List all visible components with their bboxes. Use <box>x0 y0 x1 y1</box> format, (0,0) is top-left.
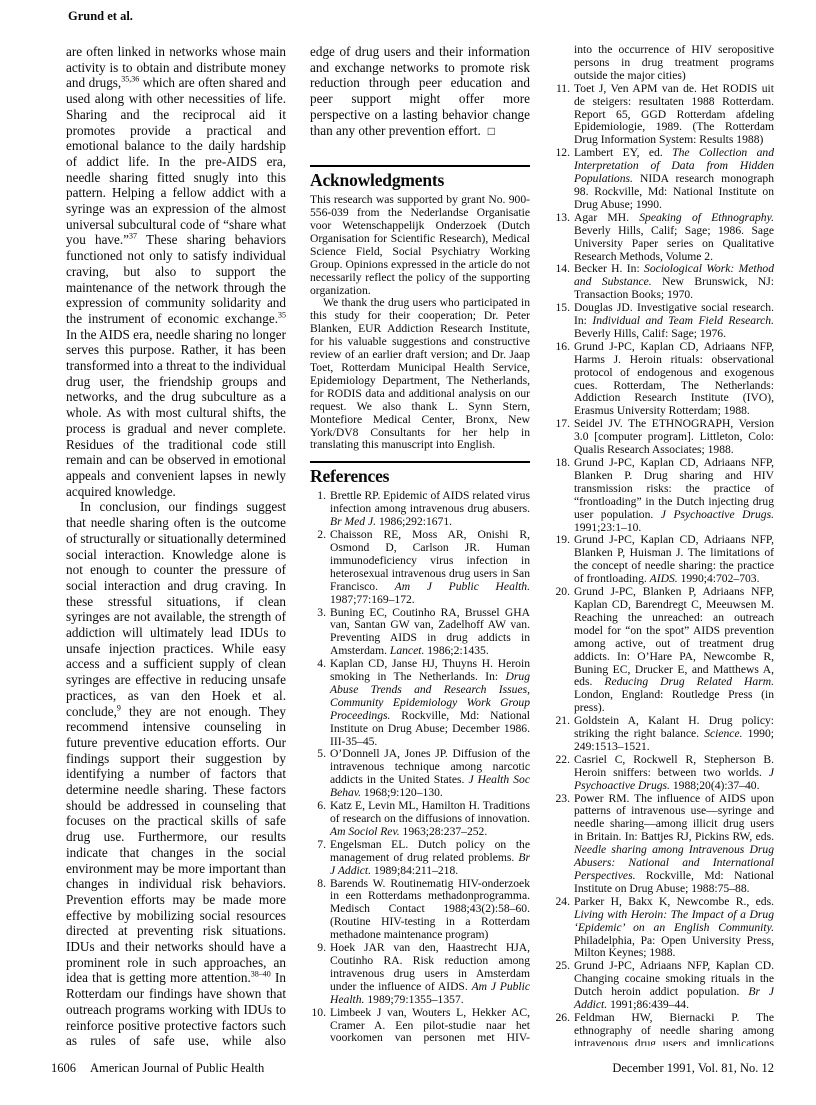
reference-text: Parker H, Bakx K, Newcombe R., eds. Livi… <box>574 896 774 961</box>
body-paragraphs: are often linked in networks whose main … <box>66 44 286 1046</box>
reference-item: 21. Goldstein A, Kalant H. Drug policy: … <box>554 715 774 754</box>
reference-number: 19. <box>554 534 570 586</box>
reference-number: 4. <box>310 658 326 748</box>
references-heading: References <box>310 466 530 487</box>
reference-number: 9. <box>310 942 326 1007</box>
reference-text: Chaisson RE, Moss AR, Onishi R, Osmond D… <box>330 529 530 606</box>
reference-number: 22. <box>554 754 570 793</box>
reference-list-2: 11. Toet J, Ven APM van de. Het RODIS ui… <box>554 83 774 1046</box>
reference-text: O’Donnell JA, Jones JP. Diffusion of the… <box>330 748 530 800</box>
reference-item: 2. Chaisson RE, Moss AR, Onishi R, Osmon… <box>310 529 530 606</box>
body-paragraph: In conclusion, our findings suggest that… <box>66 499 286 1046</box>
reference-number: 14. <box>554 263 570 302</box>
reference-text: Engelsman EL. Dutch policy on the manage… <box>330 839 530 878</box>
reference-number: 1. <box>310 490 326 529</box>
reference-text: Grund J-PC, Blanken P, Adriaans NFP, Kap… <box>574 586 774 715</box>
three-column-text: are often linked in networks whose main … <box>66 44 774 1046</box>
reference-item: 9. Hoek JAR van den, Haastrecht HJA, Cou… <box>310 942 530 1007</box>
reference-number: 17. <box>554 418 570 457</box>
reference-item: 20. Grund J-PC, Blanken P, Adriaans NFP,… <box>554 586 774 715</box>
reference-list-1: 1. Brettle RP. Epidemic of AIDS related … <box>310 490 530 1046</box>
reference-number: 12. <box>554 147 570 212</box>
reference-text: Katz E, Levin ML, Hamilton H. Traditions… <box>330 800 530 839</box>
column-3: into the occurrence of HIV seropositive … <box>554 44 774 1046</box>
reference-item: 23. Power RM. The influence of AIDS upon… <box>554 793 774 896</box>
reference-item: 3. Buning EC, Coutinho RA, Brussel GHA v… <box>310 607 530 659</box>
reference-text: Douglas JD. Investigative social researc… <box>574 302 774 341</box>
reference-text: Grund J-PC, Kaplan CD, Adriaans NFP, Bla… <box>574 534 774 586</box>
reference-text: Power RM. The influence of AIDS upon pat… <box>574 793 774 896</box>
acknowledgments-paragraph: This research was supported by grant No.… <box>310 194 530 297</box>
body-paragraph: are often linked in networks whose main … <box>66 44 286 499</box>
journal-page: Grund et al. are often linked in network… <box>0 0 816 1105</box>
issue-info: December 1991, Vol. 81, No. 12 <box>612 1061 774 1076</box>
reference-number: 8. <box>310 878 326 943</box>
section-rule-acknowledgments <box>310 165 530 167</box>
reference-item: 10. Limbeek J van, Wouters L, Hekker AC,… <box>310 1007 530 1046</box>
reference-continuation: into the occurrence of HIV seropositive … <box>554 44 774 83</box>
reference-text: Grund J-PC, Kaplan CD, Adriaans NFP, Bla… <box>574 457 774 534</box>
reference-number: 15. <box>554 302 570 341</box>
column-2: edge of drug users and their information… <box>310 44 530 1046</box>
reference-number: 18. <box>554 457 570 534</box>
reference-item: 12. Lambert EY, ed. The Collection and I… <box>554 147 774 212</box>
reference-item: 5. O’Donnell JA, Jones JP. Diffusion of … <box>310 748 530 800</box>
reference-text: Goldstein A, Kalant H. Drug policy: stri… <box>574 715 774 754</box>
end-of-article-mark: □ <box>488 124 495 140</box>
running-head: Grund et al. <box>68 9 133 24</box>
reference-text: Buning EC, Coutinho RA, Brussel GHA van,… <box>330 607 530 659</box>
reference-item: 7. Engelsman EL. Dutch policy on the man… <box>310 839 530 878</box>
reference-item: 19. Grund J-PC, Kaplan CD, Adriaans NFP,… <box>554 534 774 586</box>
reference-item: 13. Agar MH. Speaking of Ethnography. Be… <box>554 212 774 264</box>
reference-item: 6. Katz E, Levin ML, Hamilton H. Traditi… <box>310 800 530 839</box>
reference-item: 26. Feldman HW, Biernacki P. The ethnogr… <box>554 1012 774 1046</box>
reference-text: Brettle RP. Epidemic of AIDS related vir… <box>330 490 530 529</box>
reference-text: Limbeek J van, Wouters L, Hekker AC, Cra… <box>330 1007 530 1046</box>
reference-text: Kaplan CD, Janse HJ, Thuyns H. Heroin sm… <box>330 658 530 748</box>
reference-number: 13. <box>554 212 570 264</box>
reference-text: Hoek JAR van den, Haastrecht HJA, Coutin… <box>330 942 530 1007</box>
journal-name: American Journal of Public Health <box>90 1061 264 1076</box>
reference-item: 18. Grund J-PC, Kaplan CD, Adriaans NFP,… <box>554 457 774 534</box>
reference-text: Agar MH. Speaking of Ethnography. Beverl… <box>574 212 774 264</box>
acknowledgments-paragraphs: This research was supported by grant No.… <box>310 194 530 452</box>
closing-paragraph-text: edge of drug users and their information… <box>310 44 530 138</box>
footer-left: 1606 American Journal of Public Health <box>51 1061 264 1076</box>
reference-number: 21. <box>554 715 570 754</box>
reference-number: 23. <box>554 793 570 896</box>
reference-item: 4. Kaplan CD, Janse HJ, Thuyns H. Heroin… <box>310 658 530 748</box>
reference-item: 24. Parker H, Bakx K, Newcombe R., eds. … <box>554 896 774 961</box>
body-paragraph: edge of drug users and their information… <box>310 44 530 139</box>
reference-item: 16. Grund J-PC, Kaplan CD, Adriaans NFP,… <box>554 341 774 418</box>
reference-number: 20. <box>554 586 570 715</box>
reference-text: Toet J, Ven APM van de. Het RODIS uit de… <box>574 83 774 148</box>
reference-item: 22. Casriel C, Rockwell R, Stepherson B.… <box>554 754 774 793</box>
reference-number: 16. <box>554 341 570 418</box>
reference-number: 6. <box>310 800 326 839</box>
reference-number: 3. <box>310 607 326 659</box>
reference-item: 14. Becker H. In: Sociological Work: Met… <box>554 263 774 302</box>
reference-text: Grund J-PC, Kaplan CD, Adriaans NFP, Har… <box>574 341 774 418</box>
reference-item: 8. Barends W. Routinematig HIV-onderzoek… <box>310 878 530 943</box>
page-footer: 1606 American Journal of Public Health D… <box>51 1061 774 1076</box>
reference-item: 25. Grund J-PC, Adriaans NFP, Kaplan CD.… <box>554 960 774 1012</box>
reference-item: 17. Seidel JV. The ETHNOGRAPH, Version 3… <box>554 418 774 457</box>
reference-text: Lambert EY, ed. The Collection and Inter… <box>574 147 774 212</box>
reference-number: 7. <box>310 839 326 878</box>
reference-item: 11. Toet J, Ven APM van de. Het RODIS ui… <box>554 83 774 148</box>
reference-number: 5. <box>310 748 326 800</box>
reference-text: Feldman HW, Biernacki P. The ethnography… <box>574 1012 774 1046</box>
acknowledgments-heading: Acknowledgments <box>310 170 530 191</box>
reference-number: 26. <box>554 1012 570 1046</box>
reference-text: Casriel C, Rockwell R, Stepherson B. Her… <box>574 754 774 793</box>
reference-text: Grund J-PC, Adriaans NFP, Kaplan CD. Cha… <box>574 960 774 1012</box>
reference-item: 1. Brettle RP. Epidemic of AIDS related … <box>310 490 530 529</box>
reference-number: 2. <box>310 529 326 606</box>
reference-text: Becker H. In: Sociological Work: Method … <box>574 263 774 302</box>
reference-number: 25. <box>554 960 570 1012</box>
reference-item: 15. Douglas JD. Investigative social res… <box>554 302 774 341</box>
reference-text: Barends W. Routinematig HIV-onderzoek in… <box>330 878 530 943</box>
reference-number: 24. <box>554 896 570 961</box>
reference-number: 10. <box>310 1007 326 1046</box>
reference-number: 11. <box>554 83 570 148</box>
reference-text: Seidel JV. The ETHNOGRAPH, Version 3.0 [… <box>574 418 774 457</box>
acknowledgments-paragraph: We thank the drug users who participated… <box>310 297 530 452</box>
section-rule-references <box>310 461 530 463</box>
page-number: 1606 <box>51 1061 76 1076</box>
column-1: are often linked in networks whose main … <box>66 44 286 1046</box>
